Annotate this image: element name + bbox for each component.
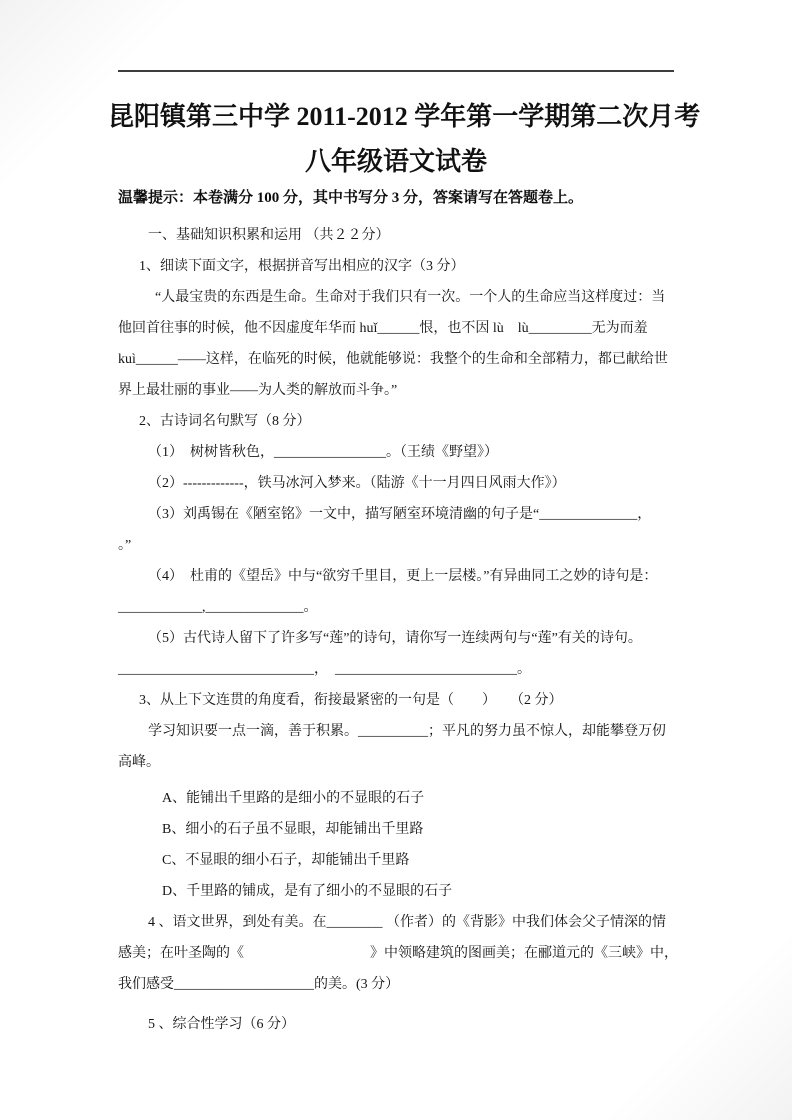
exam-paper-page: 昆阳镇第三中学 2011-2012 学年第一学期第二次月考 八年级语文试卷 温馨… [0,0,792,1120]
q2-item-5-blanks: ____________________________， __________… [118,654,678,685]
section-1-heading: 一、基础知识积累和运用 （共２２分） [118,220,678,251]
q1-passage-line-2: 他回首往事的时候，他不因虚度年华而 huǐ______恨，也不因 lù lù__… [118,313,678,344]
question-4: 4 、语文世界，到处有美。在________ （作者）的《背影》中我们体会父子情… [118,907,678,938]
q3-stem-line-1: 学习知识要一点一滴，善于积累。__________；平凡的努力虽不惊人，却能攀登… [118,716,678,747]
q2-item-5: （5）古代诗人留下了许多写“莲”的诗句，请你写一连续两句与“莲”有关的诗句。 [118,623,678,654]
q2-item-3-continued: 。” [118,530,678,561]
q2-item-1: （1） 树树皆秋色，________________。（王绩《野望》） [118,437,678,468]
question-5: 5 、综合性学习（6 分） [118,1009,678,1040]
q2-item-3: （3）刘禹锡在《陋室铭》一文中，描写陋室环境清幽的句子是“___________… [118,499,678,530]
q1-passage-line-1: “人最宝贵的东西是生命。生命对于我们只有一次。一个人的生命应当这样度过：当 [118,282,678,313]
exam-title-line1: 昆阳镇第三中学 2011-2012 学年第一学期第二次月考 [108,94,684,139]
exam-body: 一、基础知识积累和运用 （共２２分） 1、细读下面文字，根据拼音写出相应的汉字（… [118,220,678,1040]
exam-title-line2: 八年级语文试卷 [108,139,684,184]
q3-stem-line-2: 高峰。 [118,747,678,778]
q2-item-4-blanks: ____________,______________。 [118,592,678,623]
question-2: 2、古诗词名句默写（8 分） [118,406,678,437]
q3-option-c: C、不显眼的细小石子，却能铺出千里路 [118,845,678,876]
q4-line-2: 感美；在叶圣陶的《 》中领略建筑的图画美；在郦道元的《三峡》中， [118,938,678,969]
q1-passage-line-4: 界上最壮丽的事业——为人类的解放而斗争。” [118,375,678,406]
q3-option-a: A、能铺出千里路的是细小的不显眼的石子 [118,783,678,814]
q2-item-4: （4） 杜甫的《望岳》中与“欲穷千里目，更上一层楼。”有异曲同工之妙的诗句是： [118,561,678,592]
header-divider [118,70,674,72]
q2-item-2: （2）-------------，铁马冰河入梦来。（陆游《十一月四日风雨大作》） [118,468,678,499]
notice-line: 温馨提示：本卷满分 100 分，其中书写分 3 分，答案请写在答题卷上。 [118,186,678,207]
q1-passage-line-3: kuì______——这样，在临死的时候，他就能够说：我整个的生命和全部精力，都… [118,344,678,375]
exam-title: 昆阳镇第三中学 2011-2012 学年第一学期第二次月考 八年级语文试卷 [108,94,684,184]
question-1: 1、细读下面文字，根据拼音写出相应的汉字（3 分） [118,251,678,282]
q3-option-d: D、千里路的铺成，是有了细小的不显眼的石子 [118,876,678,907]
question-3: 3、从上下文连贯的角度看，衔接最紧密的一句是（ ） （2 分） [118,685,678,716]
q3-option-b: B、细小的石子虽不显眼，却能铺出千里路 [118,814,678,845]
q4-line-3: 我们感受____________________的美。(3 分） [118,969,678,1000]
